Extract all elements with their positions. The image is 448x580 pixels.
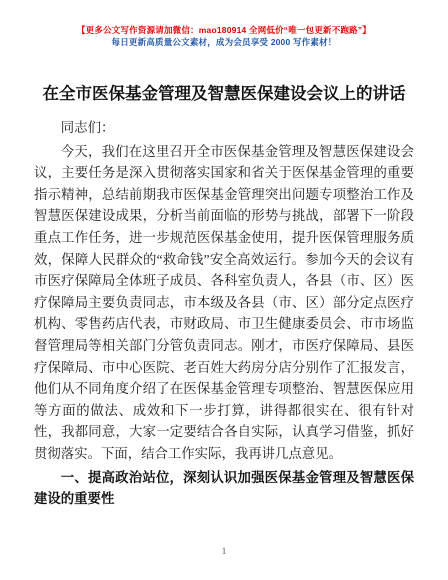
section-heading-1: 一、提高政治站位，深刻认识加强医保基金管理及智慧医保建设的重要性 xyxy=(34,467,414,510)
salutation-paragraph: 同志们： xyxy=(34,117,414,139)
document-title: 在全市医保基金管理及智慧医保建设会议上的讲话 xyxy=(40,82,408,105)
page-number: 1 xyxy=(0,546,448,556)
promo-banner-line2: 每日更新高质量公文素材，成为会员享受 2000 写作素材！ xyxy=(34,36,414,48)
body-paragraph: 今天，我们在这里召开全市医保基金管理及智慧医保建设会议，主要任务是深入贯彻落实国… xyxy=(34,141,414,465)
promo-banner: 【更多公文写作资源请加微信：mao180914 全网低价“唯一包更新不跑路”】 … xyxy=(34,24,414,48)
promo-banner-line1: 【更多公文写作资源请加微信：mao180914 全网低价“唯一包更新不跑路”】 xyxy=(34,24,414,36)
document-page: 【更多公文写作资源请加微信：mao180914 全网低价“唯一包更新不跑路”】 … xyxy=(0,0,448,580)
